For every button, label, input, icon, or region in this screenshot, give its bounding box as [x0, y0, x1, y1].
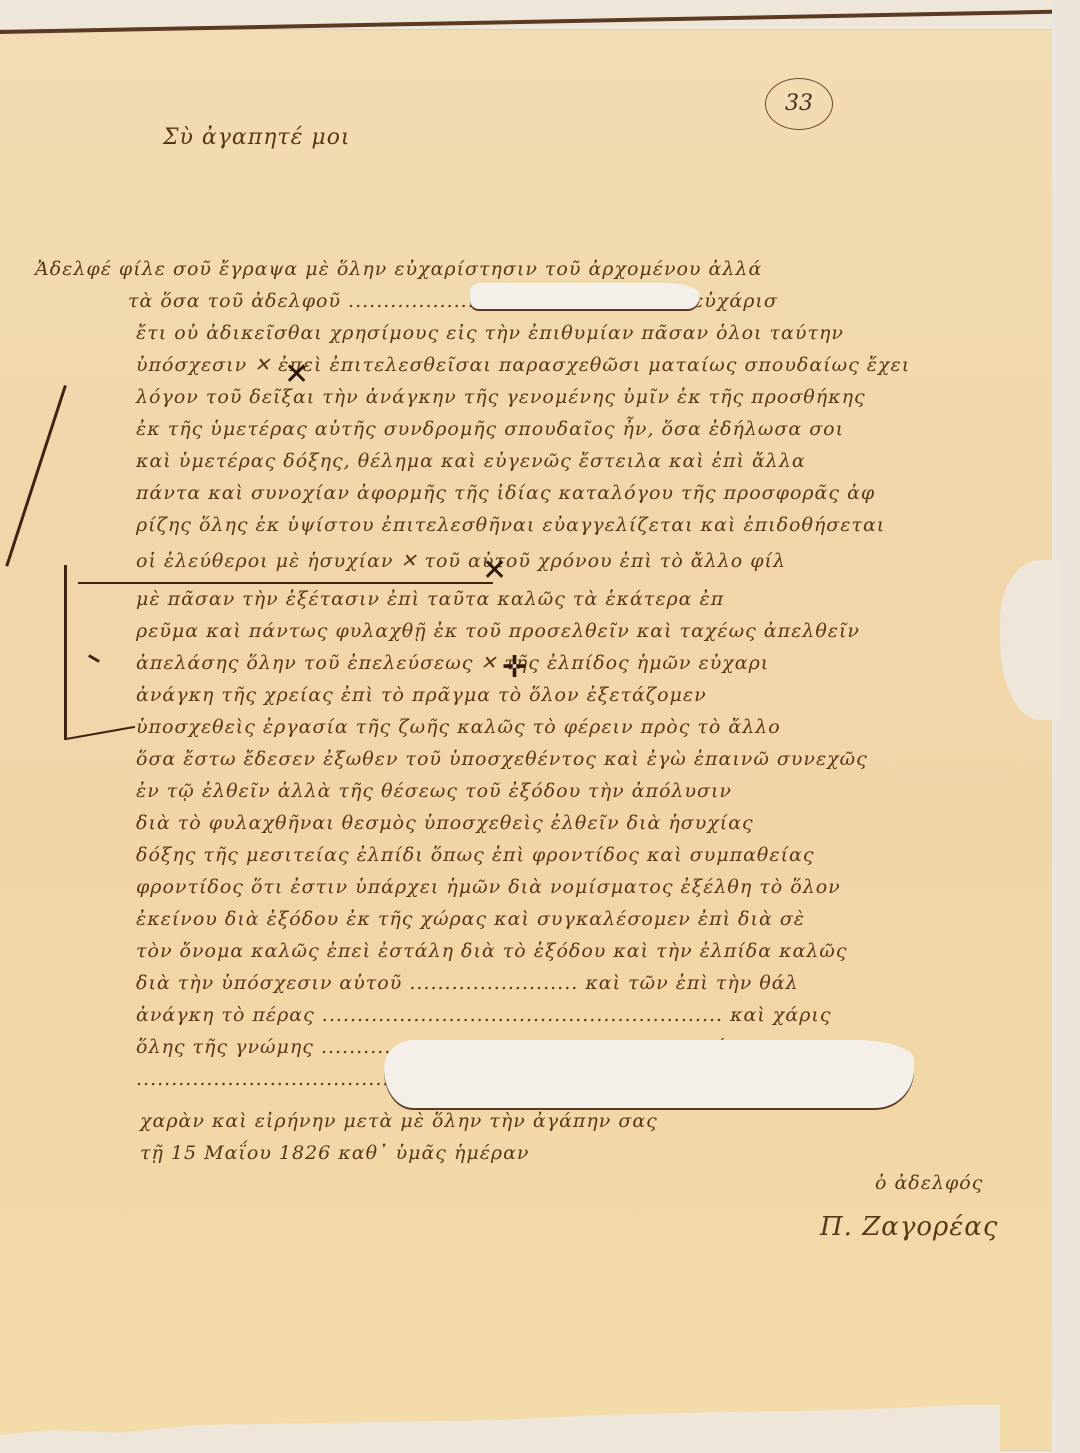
salutation: Σὺ ἀγαπητέ μοι [163, 125, 351, 150]
body-line: ἐν τῷ ἐλθεῖν ἀλλὰ τῆς θέσεως τοῦ ἐξόδου … [136, 780, 732, 802]
body-line: ὑποσχεθεὶς ἐργασία τῆς ζωῆς καλῶς τὸ φέρ… [136, 716, 781, 738]
body-line: ἐκείνου διὰ ἐξόδου ἐκ τῆς χώρας καὶ συγκ… [136, 908, 805, 930]
body-line: καὶ ὑμετέρας δόξης, θέλημα καὶ εὐγενῶς ἔ… [136, 450, 806, 472]
body-line: ἀνάγκη τὸ πέρας ........................… [136, 1004, 831, 1026]
page-number-circled: 33 [765, 78, 833, 130]
x-mark-icon: ✕ [482, 553, 507, 588]
body-line: ὑπόσχεσιν ✕ ἐπεὶ ἐπιτελεσθεῖσαι παρασχεθ… [136, 354, 910, 376]
body-line: μὲ πᾶσαν τὴν ἐξέτασιν ἐπὶ ταῦτα καλῶς τὰ… [136, 588, 724, 610]
body-line: πάντα καὶ συνοχίαν ἀφορμῆς τῆς ἰδίας κατ… [136, 482, 875, 504]
body-line: λόγον τοῦ δεῖξαι τὴν ἀνάγκην τῆς γενομέν… [136, 386, 866, 408]
body-line: φροντίδος ὅτι ἐστιν ὑπάρχει ἡμῶν διὰ νομ… [136, 876, 841, 898]
body-line: ρίζης ὅλης ἐκ ὑψίστου ἐπιτελεσθῆναι εὐαγ… [136, 514, 885, 536]
valediction: ὁ ἀδελφός [875, 1172, 983, 1194]
margin-bracket-underline [78, 582, 493, 584]
paper-tear-bottom [384, 1040, 914, 1108]
body-line: διὰ τὸ φυλαχθῆναι θεσμὸς ὑποσχεθεὶς ἐλθε… [136, 812, 754, 834]
signature: Π. Ζαγορέας [820, 1212, 998, 1242]
x-mark-icon: ✛ [502, 650, 527, 685]
body-line: διὰ τὴν ὑπόσχεσιν αὐτοῦ ................… [136, 972, 799, 994]
body-line: ἀπελάσης ὅλην τοῦ ἐπελεύσεως ✕ τῆς ἐλπίδ… [136, 652, 769, 674]
body-line: τὸν ὄνομα καλῶς ἐπεὶ ἐστάλη διὰ τὸ ἐξόδο… [136, 940, 848, 962]
body-line: ἔτι οὐ ἀδικεῖσθαι χρησίμους εἰς τὴν ἐπιθ… [136, 322, 844, 344]
closing-line: χαρὰν καὶ εἰρήνην μετὰ μὲ ὅλην τὴν ἀγάπη… [140, 1110, 658, 1132]
body-line: δόξης τῆς μεσιτείας ἐλπίδι ὅπως ἐπὶ φρον… [136, 844, 815, 866]
body-line: ἀνάγκη τῆς χρείας ἐπὶ τὸ πρᾶγμα τὸ ὅλον … [136, 684, 707, 706]
body-line: Ἀδελφέ φίλε σοῦ ἔγραψα μὲ ὅλην εὐχαρίστη… [35, 258, 762, 280]
body-line: οἱ ἐλεύθεροι μὲ ἡσυχίαν ✕ τοῦ αὐτοῦ χρόν… [136, 550, 786, 572]
body-line: ἐκ τῆς ὑμετέρας αὐτῆς συνδρομῆς σπουδαῖο… [136, 418, 844, 440]
background-margin [1052, 0, 1080, 1453]
body-line: ρεῦμα καὶ πάντως φυλαχθῇ ἐκ τοῦ προσελθε… [136, 620, 860, 642]
body-line: ὅσα ἔστω ἔδεσεν ἐξωθεν τοῦ ὑποσχεθέντος … [136, 748, 868, 770]
paper-tear-top [470, 283, 700, 309]
margin-bracket-line [64, 565, 67, 740]
x-mark-icon: ✕ [284, 357, 309, 392]
date-line: τῇ 15 Μαΐου 1826 καθ᾽ ὑμᾶς ἡμέραν [140, 1142, 529, 1164]
